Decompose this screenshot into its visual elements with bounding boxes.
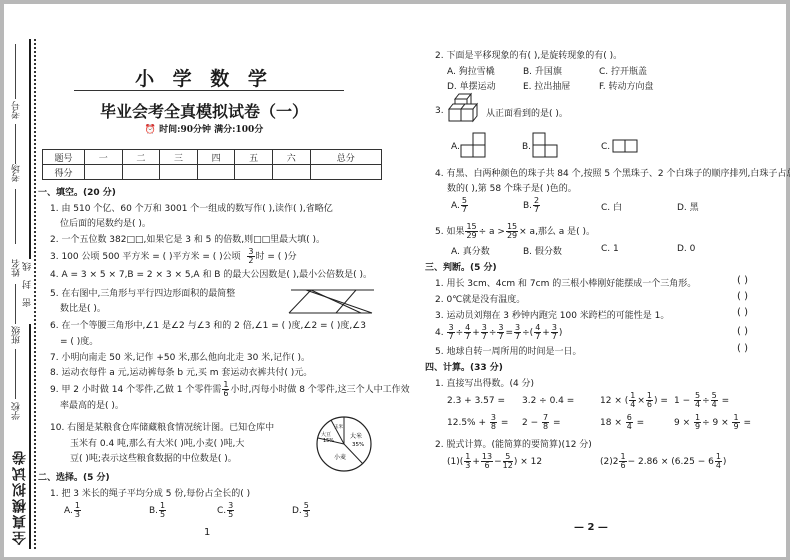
option-a[interactable]: A. 真分数 — [451, 244, 490, 257]
question-text: 数比是( )。 — [60, 301, 106, 314]
front-view-c — [612, 139, 640, 154]
page-number: — 2 — — [574, 522, 608, 533]
question-text: 5. 如果1529÷ a >1529× a,那么 a 是( )。 — [435, 223, 595, 240]
judge-item: 1. 用长 3cm、4cm 和 7cm 的三根小棒刚好能摆成一个三角形。 — [435, 276, 696, 289]
score-cell[interactable] — [197, 165, 235, 180]
calc-subtitle: 1. 直接写出得数。(4 分) — [435, 376, 534, 389]
judge-answer-bracket[interactable]: ( ) — [737, 291, 748, 302]
exam-room-label: 考场 — [10, 164, 23, 182]
option[interactable]: E. 拉出抽屉 — [523, 79, 570, 92]
option-a[interactable]: A.13 — [64, 502, 82, 519]
page-number: 1 — [204, 527, 210, 538]
binding-line — [15, 189, 16, 244]
score-header-cell: 一 — [85, 150, 123, 165]
binding-solid-line — [29, 324, 31, 549]
section-fill-title: 一、填空。(20 分) — [38, 185, 116, 198]
option[interactable]: F. 转动方向盘 — [599, 79, 653, 92]
oral-calc-item: 9 × 19÷ 9 × 19 = — [674, 414, 751, 431]
section-calc-title: 四、计算。(33 分) — [425, 360, 503, 373]
question-text: 1. 把 3 米长的绳子平均分成 5 份,每份占全长的( ) — [50, 486, 250, 499]
option[interactable]: A. 狗拉雪橇 — [447, 64, 495, 77]
front-view-a — [460, 132, 488, 158]
option-c[interactable]: C. — [601, 142, 610, 152]
fraction: 32 — [247, 248, 254, 265]
judge-item: 2. 0℃就是没有温度。 — [435, 292, 525, 305]
judge-item: 5. 地球自转一周所用的时间是一日。 — [435, 344, 581, 357]
question-text: 6. 在一个等腰三角形中,∠1 是∠2 与∠3 和的 2 倍,∠1 = ( )度… — [50, 318, 366, 331]
class-label: 班级 — [10, 326, 23, 344]
judge-answer-bracket[interactable]: ( ) — [737, 307, 748, 318]
question-text: 7. 小明向南走 50 米,记作 +50 米,那么他向北走 30 米,记作( )… — [50, 350, 310, 363]
option-a[interactable]: A.57 — [451, 197, 469, 214]
option-b[interactable]: B.15 — [149, 502, 167, 519]
option[interactable]: C. 拧开瓶盖 — [599, 64, 647, 77]
question-text-part: 小时,丙每小时做 8 个零件,这三个人中工作效 — [230, 385, 409, 395]
cube-stack-figure — [447, 89, 487, 123]
page-subtitle: 毕业会考全真模拟试卷（一） — [4, 99, 404, 122]
question-text-part: 9. 甲 2 小时做 14 个零件,乙做 1 个零件需 — [50, 385, 221, 395]
question-text: 8. 运动衣每件 a 元,运动裤每条 b 元,买 m 套运动衣裤共付( )元。 — [50, 365, 312, 378]
score-header-cell: 题号 — [43, 150, 85, 165]
brand-text: 全真模拟试卷 — [10, 449, 30, 545]
oral-calc-item: 1 − 54÷54 = — [674, 392, 729, 409]
score-cell[interactable] — [310, 165, 381, 180]
score-header-cell: 五 — [235, 150, 273, 165]
front-view-b — [532, 132, 560, 158]
option-c[interactable]: C.35 — [217, 502, 235, 519]
pie-label-soybean: 大豆 — [321, 431, 331, 438]
oral-calc-item: 2 − 78 = — [522, 414, 561, 431]
score-cell[interactable] — [272, 165, 310, 180]
page-title: 小 学 数 学 — [4, 64, 404, 91]
score-row-label: 得分 — [43, 165, 85, 180]
score-table-header-row: 题号 一 二 三 四 五 六 总分 — [43, 150, 382, 165]
score-table: 题号 一 二 三 四 五 六 总分 得分 — [42, 149, 382, 180]
question-text: 2. 一个五位数 382□□,如果它是 3 和 5 的倍数,则□□里最大填( )… — [50, 232, 325, 245]
section-choice-title: 二、选择。(5 分) — [38, 470, 110, 483]
score-table-row: 得分 — [43, 165, 382, 180]
svg-text:15%: 15% — [323, 438, 334, 444]
step-calc-item: (2)216− 2.86 × (6.25 − 614) — [600, 453, 726, 470]
option-c[interactable]: C. 白 — [601, 200, 622, 213]
judge-answer-bracket[interactable]: ( ) — [737, 343, 748, 354]
option-b[interactable]: B.27 — [523, 197, 541, 214]
option-b[interactable]: B. — [522, 142, 531, 152]
question-text: 4. A = 3 × 5 × 7,B = 2 × 3 × 5,A 和 B 的最大… — [50, 267, 372, 280]
score-header-cell: 三 — [160, 150, 198, 165]
score-cell[interactable] — [160, 165, 198, 180]
question-text: = ( )度。 — [60, 334, 98, 347]
score-header-cell: 二 — [122, 150, 160, 165]
question-text: 率最高的是( )。 — [60, 398, 124, 411]
option-d[interactable]: D. 0 — [677, 244, 695, 254]
exam-sheet: 考号 考场 姓名 班级 学校 全真模拟试卷 密 封 线 小 学 数 学 毕业会考… — [4, 4, 786, 557]
score-cell[interactable] — [85, 165, 123, 180]
question-text: 数的( ),第 58 个珠子是( )色的。 — [447, 181, 577, 194]
exam-meta-text: 时间:90分钟 满分:100分 — [159, 125, 263, 135]
option[interactable]: B. 升国旗 — [523, 64, 562, 77]
oral-calc-item: 3.2 ÷ 0.4 = — [522, 396, 574, 406]
judge-answer-bracket[interactable]: ( ) — [737, 326, 748, 337]
question-text: 玉米有 0.4 吨,那么有大米( )吨,小麦( )吨,大 — [70, 436, 244, 449]
pie-label-wheat: 小麦 — [334, 453, 346, 461]
clock-icon: ⏰ — [145, 125, 159, 135]
option-d[interactable]: D. 黑 — [677, 200, 699, 213]
school-label: 学校 — [10, 402, 23, 420]
question-text: 9. 甲 2 小时做 14 个零件,乙做 1 个零件需16小时,丙每小时做 8 … — [50, 381, 410, 398]
question-text-part: 时 = ( )分 — [256, 252, 297, 262]
judge-item: 3. 运动员刘翔在 3 秒钟内跑完 100 米跨栏的可能性是 1。 — [435, 308, 669, 321]
judge-answer-bracket[interactable]: ( ) — [737, 275, 748, 286]
question-text: 1. 由 510 个亿、60 个万和 3001 个一组成的数写作( ),读作( … — [50, 201, 333, 214]
score-header-cell: 六 — [272, 150, 310, 165]
oral-calc-item: 18 × 64 = — [600, 414, 644, 431]
score-header-cell: 四 — [197, 150, 235, 165]
option-c[interactable]: C. 1 — [601, 244, 619, 254]
score-cell[interactable] — [122, 165, 160, 180]
seal-line-text: 密 封 线 — [21, 259, 34, 307]
title-rule — [74, 90, 344, 91]
question-text: 从正面看到的是( )。 — [486, 106, 568, 119]
section-judge-title: 三、判断。(5 分) — [425, 260, 497, 273]
question-text: 10. 右图是某粮食仓库储藏粮食情况统计图。已知仓库中 — [50, 420, 274, 433]
question-text: 豆( )吨;表示这些粮食数据的中位数是( )。 — [70, 451, 237, 464]
pie-label-rice: 大米 — [350, 432, 362, 440]
score-header-cell: 总分 — [310, 150, 381, 165]
fraction: 16 — [222, 381, 229, 398]
grain-pie-chart: 大豆 15% 玉米 大米 35% 小麦 — [314, 414, 374, 474]
score-cell[interactable] — [235, 165, 273, 180]
question-text: 位后面的尾数约是( )。 — [60, 216, 151, 229]
question-text-part: 3. 100 公顷 500 平方米 = ( )平方米 = ( )公顷 — [50, 252, 241, 262]
parallelogram-triangle-figure — [286, 288, 376, 316]
oral-calc-item: 12.5% + 38 = — [447, 414, 508, 431]
step-calc-item: (1)(13+136−512) × 12 — [447, 453, 542, 470]
oral-calc-item: 2.3 + 3.57 = — [447, 396, 505, 406]
calc-subtitle: 2. 脱式计算。(能简算的要简算)(12 分) — [435, 437, 592, 450]
option-b[interactable]: B. 假分数 — [523, 244, 562, 257]
binding-line — [15, 284, 16, 324]
svg-text:35%: 35% — [352, 442, 364, 448]
exam-meta: ⏰ 时间:90分钟 满分:100分 — [4, 122, 404, 135]
option-a[interactable]: A. — [451, 142, 460, 152]
question-text: 3. 100 公顷 500 平方米 = ( )平方米 = ( )公顷 32时 =… — [50, 248, 297, 265]
question-number: 3. — [435, 106, 444, 116]
oral-calc-item: 12 × (14×16) = — [600, 392, 668, 409]
judge-item: 4. 37÷47+37÷37=37÷(47+37) — [435, 324, 562, 341]
question-text: 5. 在右图中,三角形与平行四边形面积的最简整 — [50, 286, 235, 299]
question-text: 4. 有黑、白两种颜色的珠子共 84 个,按照 5 个黑珠子、2 个白珠子的顺序… — [435, 166, 790, 179]
option-d[interactable]: D.53 — [292, 502, 311, 519]
binding-line — [15, 349, 16, 399]
question-text: 2. 下面是平移现象的有( ),是旋转现象的有( )。 — [435, 48, 622, 61]
pie-label-corn: 玉米 — [334, 423, 343, 430]
